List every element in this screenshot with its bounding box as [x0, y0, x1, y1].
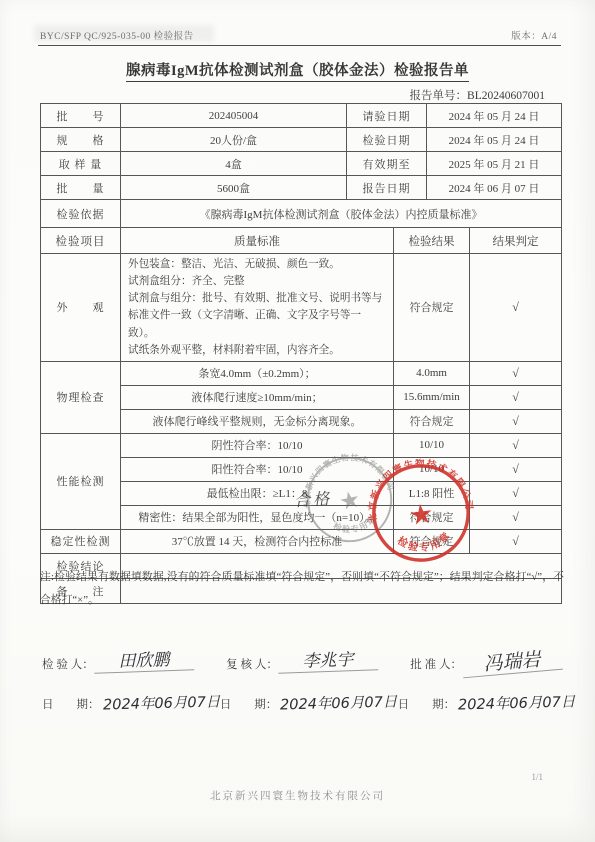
doc-code: BYC/SFP QC/925-035-00 检验报告: [40, 28, 194, 42]
approve-date: 日 期： 2024年06月07日: [398, 692, 576, 713]
basis-value: 《腺病毒IgM抗体检测试剂盒（胶体金法）内控质量标准》: [121, 200, 562, 228]
standard-line: 试剂盒组分：齐全、完整: [128, 273, 386, 290]
standard-line: 试纸条外观平整，材料附着牢固，内容齐全。: [128, 342, 386, 359]
info-label: 规 格: [41, 128, 121, 152]
info-value: 2025 年 05 月 21 日: [427, 152, 562, 176]
info-value: 5600盒: [121, 176, 347, 200]
star-icon: ★: [337, 486, 363, 516]
results-table: 检验项目 质量标准 检验结果 结果判定 外 观 外包装盒：整洁、光洁、无破损、颜…: [40, 227, 562, 604]
info-label: 有效期至: [347, 152, 427, 176]
table-row: 规 格 20人份/盒 检验日期 2024 年 05 月 24 日: [41, 128, 562, 152]
info-value: 2024 年 05 月 24 日: [427, 128, 562, 152]
info-table: 批 号 202405004 请验日期 2024 年 05 月 24 日 规 格 …: [40, 103, 562, 200]
result-value: 15.6mm/min: [394, 385, 470, 409]
report-number: 报告单号：BL20240607001: [410, 87, 545, 103]
info-value: 2024 年 05 月 24 日: [427, 104, 562, 128]
table-row: 取 样 量 4盒 有效期至 2025 年 05 月 21 日: [41, 152, 562, 176]
stability-row: 稳定性检测 37℃放置 14 天，检测符合内控标准 符合规定 √: [41, 529, 562, 553]
review-date-handwritten: 2024年06月07日: [277, 690, 398, 714]
document-page: BYC/SFP QC/925-035-00 检验报告 版本：A/4 腺病毒IgM…: [0, 0, 595, 842]
item-label: 外 观: [41, 254, 121, 362]
info-value: 20人份/盒: [121, 128, 347, 152]
physical-row: 物理检查 条宽4.0mm（±0.2mm）； 4.0mm √: [41, 361, 562, 385]
col-header-result: 检验结果: [394, 228, 470, 254]
info-label: 请验日期: [347, 104, 427, 128]
standard-text: 条宽4.0mm（±0.2mm）；: [121, 361, 394, 385]
inspector-signature: 检 验 人： 田欣鹏: [42, 653, 194, 672]
appearance-row: 外 观 外包装盒：整洁、光洁、无破损、颜色一致。 试剂盒组分：齐全、完整 试剂盒…: [41, 254, 562, 362]
inspect-date: 日 期： 2024年06月07日: [42, 692, 220, 713]
inspector-label: 检 验 人：: [42, 656, 94, 672]
item-label: 性能检测: [41, 433, 121, 529]
judgment-checkmark: √: [470, 361, 562, 385]
result-value: 符合规定: [394, 409, 470, 433]
info-value: 202405004: [121, 104, 347, 128]
judgment-checkmark: √: [470, 385, 562, 409]
approver-name-handwritten: 冯瑞岩: [461, 649, 562, 679]
item-label: 物理检查: [41, 361, 121, 433]
item-label: 稳定性检测: [41, 529, 121, 553]
footnote: 注:检验结果有数据填数据,没有的符合质量标准填“符合规定”，否则填“不符合规定”…: [40, 566, 564, 612]
judgment-checkmark: √: [470, 254, 562, 362]
date-label: 日 期：: [42, 696, 100, 712]
report-tables: 批 号 202405004 请验日期 2024 年 05 月 24 日 规 格 …: [40, 103, 562, 604]
standard-text: 液体爬行速度≥10mm/min；: [121, 385, 394, 409]
basis-label: 检验依据: [41, 200, 121, 228]
page-number: 1/1: [531, 772, 543, 782]
page-title: 腺病毒IgM抗体检测试剂盒（胶体金法）检验报告单: [0, 59, 595, 80]
version-label: 版本：A/4: [511, 28, 557, 42]
reviewer-name-handwritten: 李兆宇: [278, 651, 379, 673]
basis-table: 检验依据 《腺病毒IgM抗体检测试剂盒（胶体金法）内控质量标准》: [40, 199, 562, 228]
inspector-name-handwritten: 田欣鹏: [93, 651, 194, 673]
result-value: 4.0mm: [394, 361, 470, 385]
result-value: 符合规定: [394, 254, 470, 362]
info-label: 取 样 量: [41, 152, 121, 176]
reviewer-signature: 复 核 人： 李兆宇: [226, 653, 378, 672]
info-label: 批 量: [41, 176, 121, 200]
footer-company-name: 北京新兴四寰生物技术有限公司: [0, 788, 595, 803]
info-label: 报告日期: [347, 176, 427, 200]
appearance-standard: 外包装盒：整洁、光洁、无破损、颜色一致。 试剂盒组分：齐全、完整 试剂盒与组分：…: [121, 254, 394, 362]
date-label: 日 期：: [398, 696, 456, 712]
judgment-checkmark: √: [470, 505, 562, 529]
judgment-checkmark: √: [470, 529, 562, 553]
signature-row: 检 验 人： 田欣鹏 复 核 人： 李兆宇 批 准 人： 冯瑞岩: [42, 651, 562, 672]
table-row: 批 量 5600盒 报告日期 2024 年 06 月 07 日: [41, 176, 562, 200]
reviewer-label: 复 核 人：: [226, 656, 278, 672]
col-header-standard: 质量标准: [121, 228, 394, 254]
red-inspection-seal: 北京新兴四寰生物技术有限公司 ★ 检验专用章: [361, 453, 481, 573]
date-label: 日 期：: [220, 696, 278, 712]
star-icon: ★: [407, 498, 435, 531]
info-label: 检验日期: [347, 128, 427, 152]
performance-row: 性能检测 阴性符合率：10/10 10/10 √: [41, 433, 562, 457]
judgment-checkmark: √: [470, 481, 562, 505]
info-value: 4盒: [121, 152, 347, 176]
date-row: 日 期： 2024年06月07日 日 期： 2024年06月07日 日 期： 2…: [42, 692, 570, 713]
standard-line: 标准文件一致（文字清晰、正确、文字及字号等一致）。: [128, 307, 386, 341]
header-divider: [38, 45, 561, 46]
standard-text: 液体爬行峰线平整规则，无金标分离现象。: [121, 409, 394, 433]
results-header-row: 检验项目 质量标准 检验结果 结果判定: [41, 228, 562, 254]
inspect-date-handwritten: 2024年06月07日: [99, 690, 220, 714]
approver-signature: 批 准 人： 冯瑞岩: [410, 651, 562, 672]
approve-date-handwritten: 2024年06月07日: [455, 690, 576, 714]
info-value: 2024 年 06 月 07 日: [427, 176, 562, 200]
table-row: 批 号 202405004 请验日期 2024 年 05 月 24 日: [41, 104, 562, 128]
info-label: 批 号: [41, 104, 121, 128]
col-header-judgment: 结果判定: [470, 228, 562, 254]
approver-label: 批 准 人：: [410, 656, 462, 672]
document-header: BYC/SFP QC/925-035-00 检验报告 版本：A/4: [40, 28, 557, 42]
standard-line: 外包装盒：整洁、光洁、无破损、颜色一致。: [128, 256, 386, 273]
review-date: 日 期： 2024年06月07日: [220, 692, 398, 713]
table-row: 检验依据 《腺病毒IgM抗体检测试剂盒（胶体金法）内控质量标准》: [41, 200, 562, 228]
judgment-checkmark: √: [470, 409, 562, 433]
col-header-item: 检验项目: [41, 228, 121, 254]
judgment-checkmark: √: [470, 457, 562, 481]
standard-line: 试剂盒与组分：批号、有效期、批准文号、说明书等与: [128, 290, 386, 307]
judgment-checkmark: √: [470, 433, 562, 457]
